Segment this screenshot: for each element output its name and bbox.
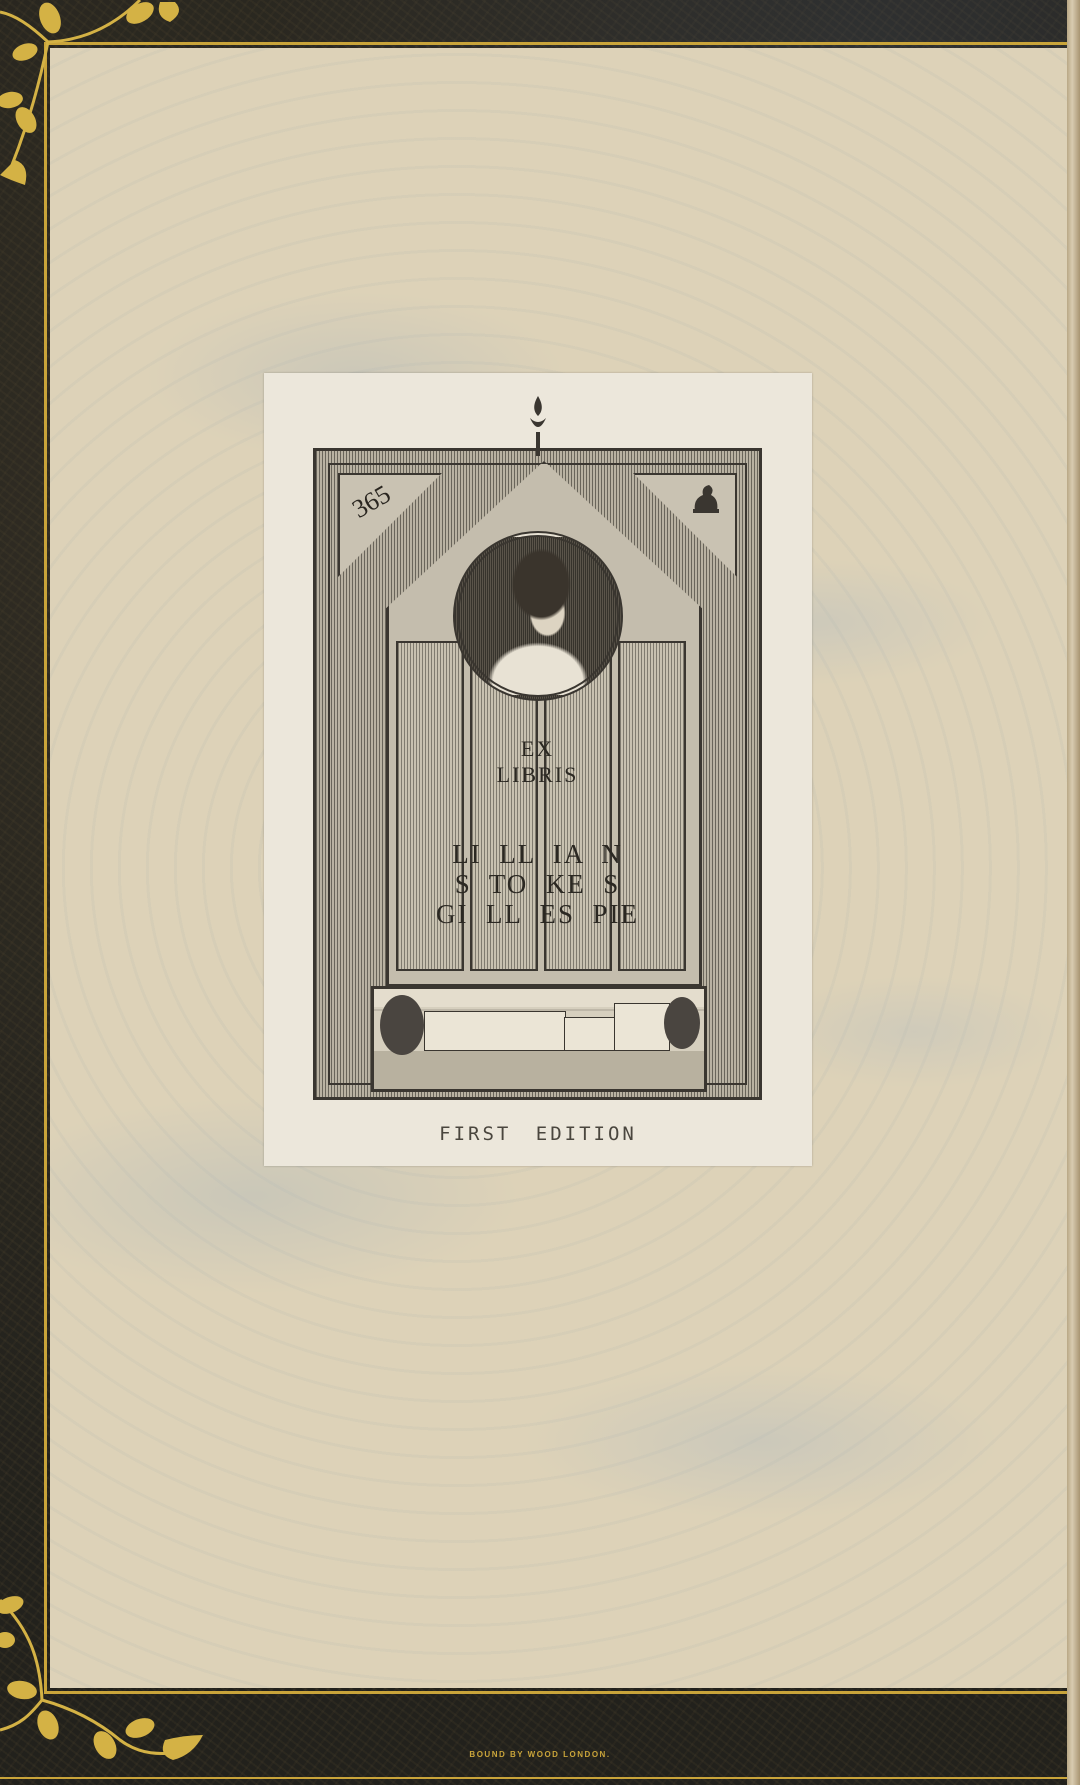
gilt-rule-left xyxy=(44,42,47,1692)
owner-name: LI LL IA N S TO KE S GI LL ES PIE xyxy=(316,839,759,929)
heraldic-griffin-icon xyxy=(689,481,723,515)
tree xyxy=(664,997,700,1049)
owner-line-1: LI LL IA N xyxy=(316,839,759,869)
house-main xyxy=(424,1011,566,1051)
ex-libris-line-2: LIBRIS xyxy=(316,762,759,788)
ex-libris-heading: EX LIBRIS xyxy=(316,736,759,788)
house-portico xyxy=(614,1003,670,1051)
first-edition-label: FIRST EDITION xyxy=(264,1123,812,1145)
owner-line-3: GI LL ES PIE xyxy=(316,899,759,929)
portrait-medallion xyxy=(453,531,623,701)
house-wing xyxy=(564,1017,616,1051)
binder-stamp: BOUND BY WOOD LONDON. xyxy=(0,1750,1080,1759)
ex-libris-line-1: EX xyxy=(316,736,759,762)
bookplate: 365 EX LIBRIS LI LL IA N S TO KE S GI LL… xyxy=(264,373,812,1166)
page-edge xyxy=(1067,0,1080,1785)
country-house-vignette xyxy=(371,986,707,1092)
tree xyxy=(380,995,424,1055)
flame-finial-icon xyxy=(526,396,550,456)
engraved-frame: 365 EX LIBRIS LI LL IA N S TO KE S GI LL… xyxy=(313,448,762,1100)
owner-line-2: S TO KE S xyxy=(316,869,759,899)
